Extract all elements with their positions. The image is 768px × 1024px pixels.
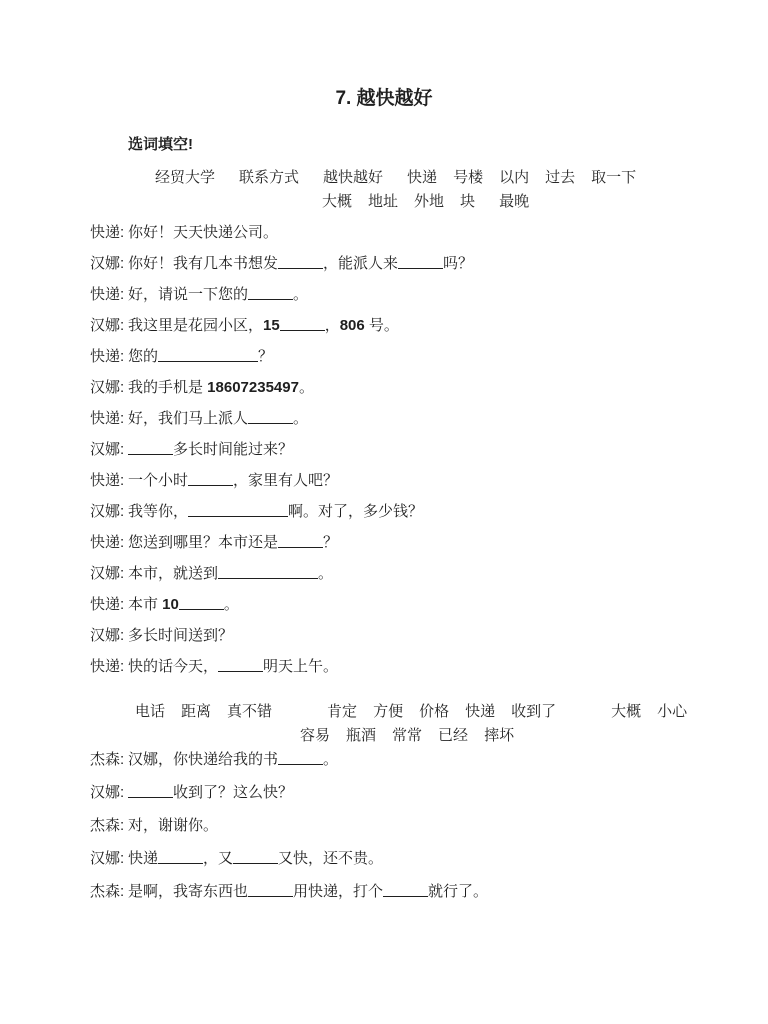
fill-in-blank — [158, 359, 258, 362]
page-title: 7. 越快越好 — [0, 88, 768, 110]
word-bank-word: 大概 — [322, 192, 352, 211]
word-bank-word: 大概 — [611, 702, 641, 721]
word-bank-word: 距离 — [181, 702, 211, 721]
text-segment: ，能派人来 — [323, 255, 398, 272]
word-bank-group: 容易瓶酒常常已经摔坏 — [300, 726, 514, 745]
word-bank-group: 大概小心 — [611, 702, 687, 721]
word-bank-row: 经贸大学联系方式越快越好快递号楼以内过去取一下 — [0, 168, 768, 187]
word-bank-1: 经贸大学联系方式越快越好快递号楼以内过去取一下大概地址外地块最晚 — [0, 168, 768, 211]
speaker-label: 汉娜: — [90, 378, 128, 397]
text-segment: 。 — [293, 410, 308, 427]
text-segment: 18607235497 — [207, 379, 299, 396]
speaker-label: 汉娜: — [90, 502, 128, 521]
dialogue-text: 你好！天天快递公司。 — [128, 223, 278, 242]
fill-in-blank — [128, 452, 173, 455]
word-bank-word: 收到了 — [511, 702, 556, 721]
text-segment: 本市 — [128, 596, 162, 613]
dialogue-text: 您送到哪里？本市还是？ — [128, 533, 338, 552]
dialogue-line: 杰森:对，谢谢你。 — [0, 816, 768, 835]
text-segment: 又快，还不贵。 — [278, 850, 383, 867]
text-segment: 。 — [293, 286, 308, 303]
text-segment: 本市，就送到 — [128, 565, 218, 582]
speaker-label: 汉娜: — [90, 316, 128, 335]
word-bank-word: 经贸大学 — [155, 168, 215, 187]
text-segment: 806 — [340, 317, 365, 334]
word-bank-group: 快递号楼以内过去取一下 — [407, 168, 636, 187]
dialogue-line: 汉娜:你好！我有几本书想发，能派人来吗？ — [0, 254, 768, 273]
dialogue-line: 快递:快的话今天，明天上午。 — [0, 657, 768, 676]
word-bank-word: 常常 — [392, 726, 422, 745]
text-segment: 汉娜，你快递给我的书 — [128, 751, 278, 768]
word-bank-group: 最晚 — [499, 192, 529, 211]
word-bank-group: 大概地址外地块 — [322, 192, 475, 211]
text-segment: 啊。对了，多少钱？ — [288, 503, 423, 520]
text-segment: 就行了。 — [428, 883, 488, 900]
word-bank-row: 大概地址外地块最晚 — [0, 192, 768, 211]
dialogue-text: 好，我们马上派人。 — [128, 409, 308, 428]
dialogue-line: 汉娜:我这里是花园小区，15，806 号。 — [0, 316, 768, 335]
dialogue-2: 杰森:汉娜，你快递给我的书。汉娜:收到了？这么快？杰森:对，谢谢你。汉娜:快递，… — [0, 750, 768, 901]
speaker-label: 杰森: — [90, 882, 128, 901]
word-bank-word: 越快越好 — [323, 168, 383, 187]
dialogue-text: 快的话今天，明天上午。 — [128, 657, 338, 676]
text-segment: 多长时间送到？ — [128, 627, 233, 644]
text-segment: 多长时间能过来？ — [173, 441, 293, 458]
fill-in-blank — [248, 297, 293, 300]
text-segment: 明天上午。 — [263, 658, 338, 675]
text-segment: 好，我们马上派人 — [128, 410, 248, 427]
text-segment: 我等你， — [128, 503, 188, 520]
word-bank-group: 经贸大学 — [155, 168, 215, 187]
fill-in-blank — [158, 861, 203, 864]
text-segment: 。 — [323, 751, 338, 768]
fill-in-blank — [188, 483, 233, 486]
fill-in-blank — [233, 861, 278, 864]
dialogue-line: 快递:您的？ — [0, 347, 768, 366]
word-bank-row: 电话距离真不错肯定方便价格快递收到了大概小心 — [0, 702, 768, 721]
speaker-label: 快递: — [90, 409, 128, 428]
text-segment: 。 — [299, 379, 314, 396]
dialogue-text: 一个小时，家里有人吧？ — [128, 471, 338, 490]
text-segment: 你好！我有几本书想发 — [128, 255, 278, 272]
word-bank-word: 过去 — [545, 168, 575, 187]
text-segment: 收到了？这么快？ — [173, 784, 293, 801]
dialogue-text: 本市 10。 — [128, 595, 239, 614]
fill-in-blank — [248, 421, 293, 424]
dialogue-line: 汉娜:本市，就送到。 — [0, 564, 768, 583]
dialogue-text: 我这里是花园小区，15，806 号。 — [128, 316, 399, 335]
text-segment: 是啊，我寄东西也 — [128, 883, 248, 900]
text-segment: ， — [325, 317, 340, 334]
text-segment: 15 — [263, 317, 280, 334]
dialogue-text: 你好！我有几本书想发，能派人来吗？ — [128, 254, 473, 273]
dialogue-text: 对，谢谢你。 — [128, 816, 218, 835]
text-segment: 用快递，打个 — [293, 883, 383, 900]
dialogue-text: 我等你，啊。对了，多少钱？ — [128, 502, 423, 521]
speaker-label: 汉娜: — [90, 440, 128, 459]
fill-in-blank — [278, 762, 323, 765]
dialogue-line: 快递:一个小时，家里有人吧？ — [0, 471, 768, 490]
fill-in-blank — [128, 795, 173, 798]
dialogue-line: 快递:你好！天天快递公司。 — [0, 223, 768, 242]
speaker-label: 杰森: — [90, 816, 128, 835]
word-bank-word: 地址 — [368, 192, 398, 211]
fill-in-blank — [248, 894, 293, 897]
dialogue-line: 快递:您送到哪里？本市还是？ — [0, 533, 768, 552]
worksheet-page: 7. 越快越好 选词填空! 经贸大学联系方式越快越好快递号楼以内过去取一下大概地… — [0, 0, 768, 1024]
dialogue-text: 多长时间能过来？ — [128, 440, 293, 459]
word-bank-word: 容易 — [300, 726, 330, 745]
fill-in-blank — [188, 514, 288, 517]
speaker-label: 快递: — [90, 533, 128, 552]
fill-in-blank — [280, 328, 325, 331]
speaker-label: 快递: — [90, 285, 128, 304]
text-segment: 一个小时 — [128, 472, 188, 489]
text-segment: ？ — [258, 348, 273, 365]
fill-in-blank — [218, 576, 318, 579]
text-segment: ，又 — [203, 850, 233, 867]
word-bank-word: 取一下 — [591, 168, 636, 187]
text-segment: ？ — [323, 534, 338, 551]
word-bank-word: 价格 — [419, 702, 449, 721]
speaker-label: 快递: — [90, 657, 128, 676]
dialogue-text: 您的？ — [128, 347, 273, 366]
word-bank-word: 瓶酒 — [346, 726, 376, 745]
text-segment: 。 — [224, 596, 239, 613]
dialogue-line: 快递:本市 10。 — [0, 595, 768, 614]
word-bank-word: 方便 — [373, 702, 403, 721]
speaker-label: 快递: — [90, 595, 128, 614]
word-bank-word: 以内 — [499, 168, 529, 187]
section-heading: 选词填空! — [0, 136, 768, 154]
word-bank-2: 电话距离真不错肯定方便价格快递收到了大概小心容易瓶酒常常已经摔坏 — [0, 702, 768, 745]
fill-in-blank — [218, 669, 263, 672]
speaker-label: 汉娜: — [90, 849, 128, 868]
text-segment: 吗？ — [443, 255, 473, 272]
speaker-label: 汉娜: — [90, 626, 128, 645]
dialogue-text: 我的手机是 18607235497。 — [128, 378, 314, 397]
text-segment: 。 — [318, 565, 333, 582]
dialogue-text: 快递，又又快，还不贵。 — [128, 849, 383, 868]
dialogue-line: 快递:好，我们马上派人。 — [0, 409, 768, 428]
word-bank-group: 联系方式 — [239, 168, 299, 187]
fill-in-blank — [179, 607, 224, 610]
word-bank-word: 肯定 — [327, 702, 357, 721]
word-bank-word: 小心 — [657, 702, 687, 721]
text-segment: 号。 — [365, 317, 399, 334]
dialogue-text: 多长时间送到？ — [128, 626, 233, 645]
word-bank-row: 容易瓶酒常常已经摔坏 — [0, 726, 768, 745]
dialogue-line: 杰森:是啊，我寄东西也用快递，打个就行了。 — [0, 882, 768, 901]
fill-in-blank — [278, 266, 323, 269]
word-bank-word: 已经 — [438, 726, 468, 745]
word-bank-word: 电话 — [135, 702, 165, 721]
fill-in-blank — [398, 266, 443, 269]
speaker-label: 快递: — [90, 471, 128, 490]
dialogue-line: 杰森:汉娜，你快递给我的书。 — [0, 750, 768, 769]
text-segment: 我的手机是 — [128, 379, 207, 396]
dialogue-1: 快递:你好！天天快递公司。汉娜:你好！我有几本书想发，能派人来吗？快递:好，请说… — [0, 223, 768, 676]
speaker-label: 汉娜: — [90, 564, 128, 583]
speaker-label: 汉娜: — [90, 254, 128, 273]
dialogue-line: 快递:好，请说一下您的。 — [0, 285, 768, 304]
text-segment: ，家里有人吧？ — [233, 472, 338, 489]
text-segment: 您的 — [128, 348, 158, 365]
dialogue-line: 汉娜:我等你，啊。对了，多少钱？ — [0, 502, 768, 521]
word-bank-word: 快递 — [407, 168, 437, 187]
text-segment: 快递 — [128, 850, 158, 867]
word-bank-word: 外地 — [414, 192, 444, 211]
dialogue-text: 本市，就送到。 — [128, 564, 333, 583]
fill-in-blank — [278, 545, 323, 548]
text-segment: 我这里是花园小区， — [128, 317, 263, 334]
dialogue-text: 好，请说一下您的。 — [128, 285, 308, 304]
dialogue-line: 汉娜:收到了？这么快？ — [0, 783, 768, 802]
text-segment: 快的话今天， — [128, 658, 218, 675]
dialogue-line: 汉娜:我的手机是 18607235497。 — [0, 378, 768, 397]
text-segment: 10 — [162, 596, 179, 613]
word-bank-word: 联系方式 — [239, 168, 299, 187]
fill-in-blank — [383, 894, 428, 897]
text-segment: 对，谢谢你。 — [128, 817, 218, 834]
word-bank-word: 最晚 — [499, 192, 529, 211]
word-bank-group: 电话距离真不错 — [135, 702, 272, 721]
dialogue-line: 汉娜:多长时间能过来？ — [0, 440, 768, 459]
speaker-label: 快递: — [90, 223, 128, 242]
word-bank-word: 块 — [460, 192, 475, 211]
word-bank-word: 快递 — [465, 702, 495, 721]
dialogue-text: 是啊，我寄东西也用快递，打个就行了。 — [128, 882, 488, 901]
text-segment: 你好！天天快递公司。 — [128, 224, 278, 241]
text-segment: 好，请说一下您的 — [128, 286, 248, 303]
speaker-label: 杰森: — [90, 750, 128, 769]
dialogue-text: 收到了？这么快？ — [128, 783, 293, 802]
text-segment: 您送到哪里？本市还是 — [128, 534, 278, 551]
word-bank-word: 真不错 — [227, 702, 272, 721]
dialogue-text: 汉娜，你快递给我的书。 — [128, 750, 338, 769]
dialogue-line: 汉娜:多长时间送到？ — [0, 626, 768, 645]
word-bank-word: 摔坏 — [484, 726, 514, 745]
speaker-label: 汉娜: — [90, 783, 128, 802]
word-bank-word: 号楼 — [453, 168, 483, 187]
dialogue-line: 汉娜:快递，又又快，还不贵。 — [0, 849, 768, 868]
word-bank-group: 越快越好 — [323, 168, 383, 187]
speaker-label: 快递: — [90, 347, 128, 366]
word-bank-group: 肯定方便价格快递收到了 — [327, 702, 556, 721]
